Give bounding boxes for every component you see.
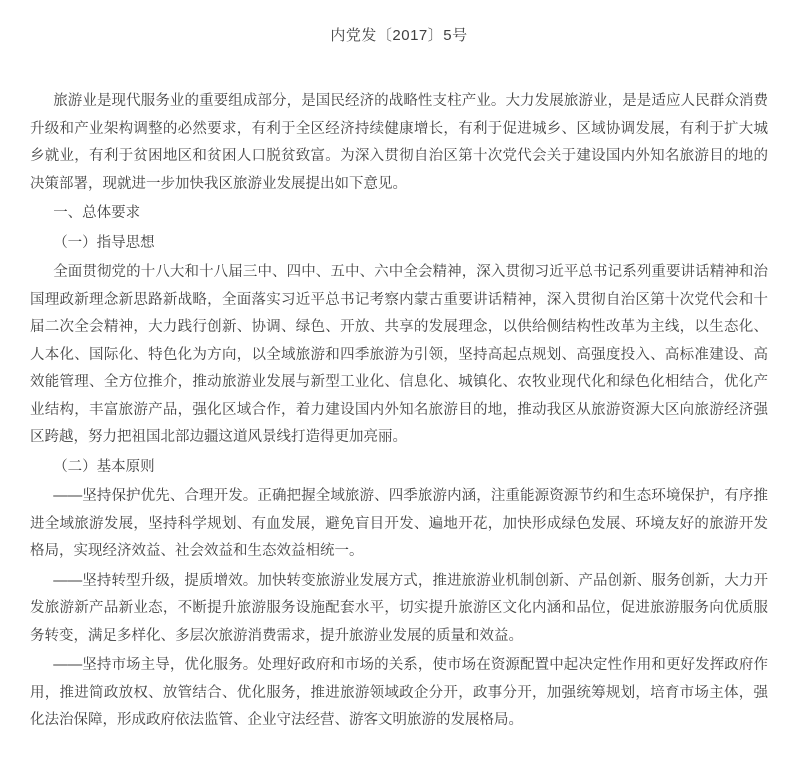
intro-paragraph: 旅游业是现代服务业的重要组成部分，是国民经济的战略性支柱产业。大力发展旅游业，是… <box>30 88 768 198</box>
principle-paragraph-protection-first: ——坚持保护优先、合理开发。正确把握全域旅游、四季旅游内涵，注重能源资源节约和生… <box>30 483 768 566</box>
document-page: 内党发〔2017〕5号 旅游业是现代服务业的重要组成部分，是国民经济的战略性支柱… <box>0 0 800 762</box>
subsection-heading-basic-principles: （二）基本原则 <box>30 454 768 482</box>
guiding-ideology-paragraph: 全面贯彻党的十八大和十八届三中、四中、五中、六中全会精神，深入贯彻习近平总书记系… <box>30 259 768 452</box>
subsection-heading-guiding-ideology: （一）指导思想 <box>30 230 768 258</box>
section-heading-overall-requirements: 一、总体要求 <box>30 200 768 228</box>
principle-paragraph-transformation-upgrade: ——坚持转型升级，提质增效。加快转变旅游业发展方式，推进旅游业机制创新、产品创新… <box>30 568 768 651</box>
doc-number: 内党发〔2017〕5号 <box>30 22 768 50</box>
principle-paragraph-market-led: ——坚持市场主导，优化服务。处理好政府和市场的关系，使市场在资源配置中起决定性作… <box>30 652 768 735</box>
